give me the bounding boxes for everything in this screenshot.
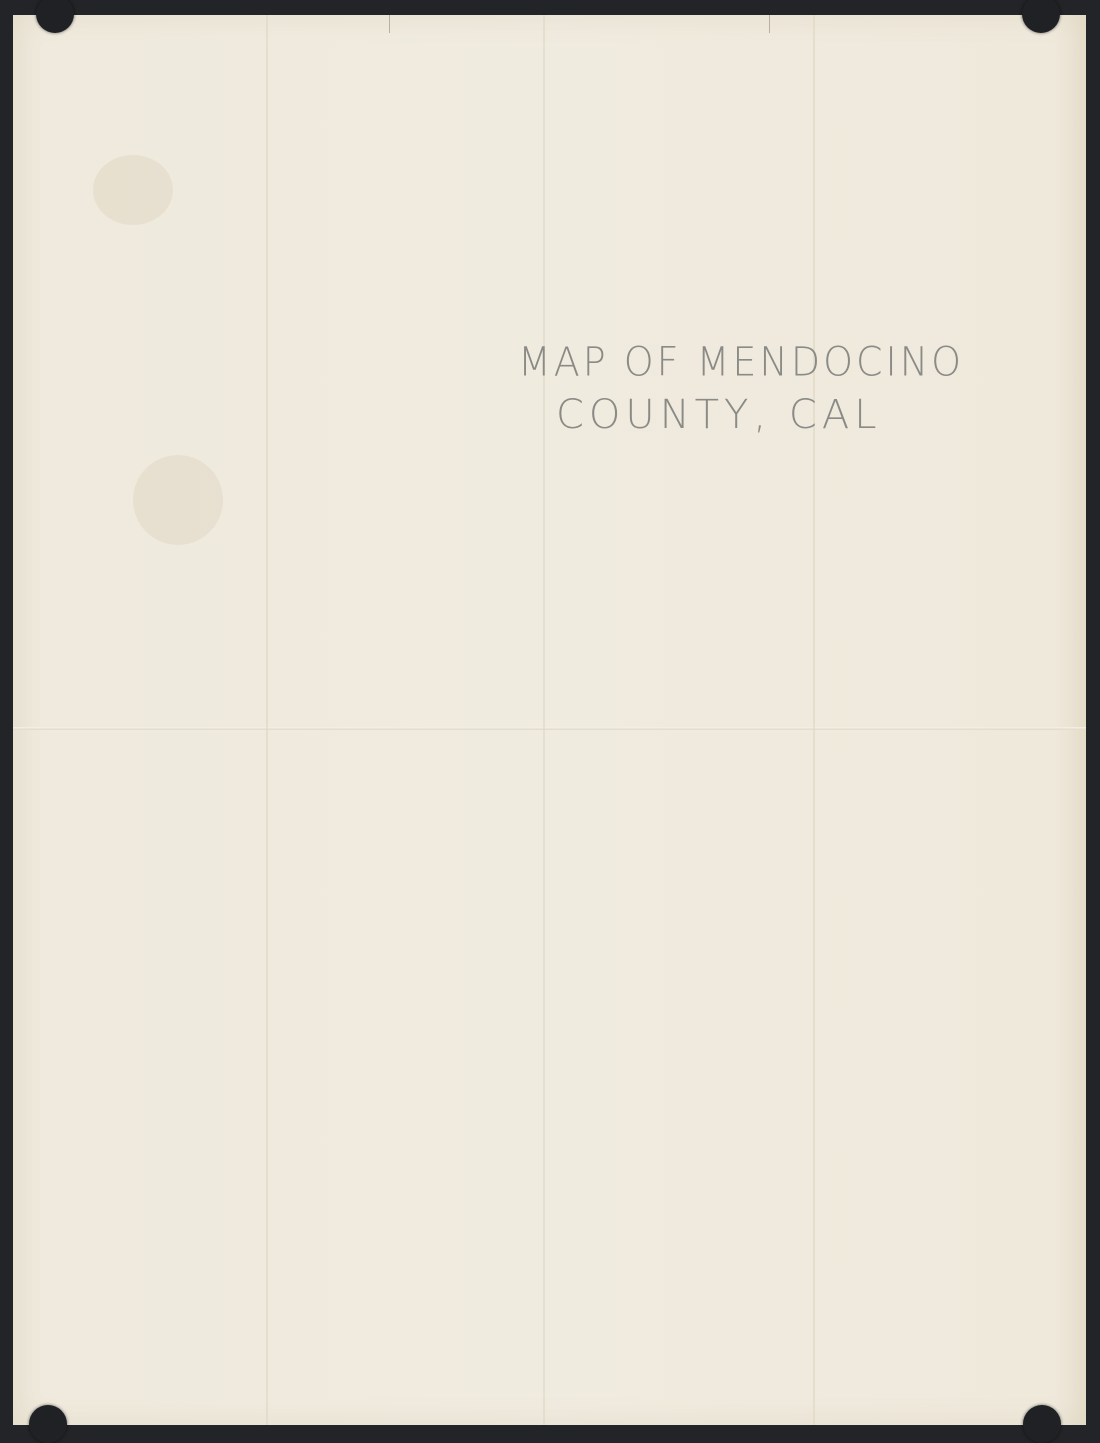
mount-pin-bottom-right: [1023, 1405, 1061, 1443]
vertical-fold: [266, 15, 268, 1425]
edge-crease: [389, 15, 390, 33]
pencil-annotation: MAP OF MENDOCINO COUNTY, CAL: [518, 340, 964, 438]
vertical-fold: [543, 15, 545, 1425]
annotation-line-2: COUNTY, CAL: [556, 392, 964, 438]
vertical-fold: [813, 15, 815, 1425]
edge-crease: [769, 15, 770, 33]
map-sheet-reverse: MAP OF MENDOCINO COUNTY, CAL: [13, 15, 1086, 1425]
mount-pin-bottom-left: [29, 1405, 67, 1443]
horizontal-fold: [13, 727, 1086, 730]
annotation-line-1: MAP OF MENDOCINO: [518, 339, 964, 385]
paper-stain: [133, 455, 223, 545]
paper-stain: [93, 155, 173, 225]
